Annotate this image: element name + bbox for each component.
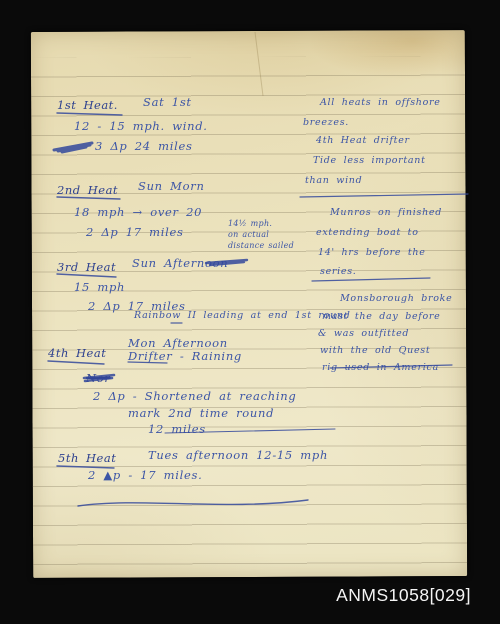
heat-2-sidenote-line2: on actual [228,230,294,241]
heat-2-title: 2nd Heat [57,184,118,197]
margin-note-3-line4: with the old Quest [320,346,430,356]
heat-2-date: Sun Morn [138,180,205,193]
heat-2-wind: 18 mph → over 20 [74,206,202,219]
heat-3-note: Rainbow II leading at end 1st round [134,311,351,321]
heat-4-result-line2: mark 2nd time round [128,407,274,420]
archive-label: ANMS1058[029] [336,585,471,606]
heat-2-sidenote-line3: distance sailed [228,241,294,252]
margin-note-2-line4: series. [320,267,357,277]
heat-1-title: 1st Heat. [57,99,118,112]
heat-5-title: 5th Heat [58,452,116,465]
margin-note-3-line1: Monsborough broke [340,294,452,304]
heat-3-wind: 15 mph [74,281,125,294]
heat-5-date: Tues afternoon 12-15 mph [148,449,328,462]
margin-note-1-line5: than wind [305,176,362,186]
heat-1-date: Sat 1st [143,96,192,109]
heat-4-date-line2: Drifter - Raining [128,350,242,363]
heat-1-wind: 12 - 15 mph. wind. [74,120,208,133]
heat-2-result: 2 Δp 17 miles [86,226,184,239]
margin-note-3-line2: mast the day before [322,312,441,322]
margin-note-1-line4: Tide less important [313,156,426,166]
margin-note-2-line3: 14' hrs before the [318,248,426,258]
photograph-frame: 1st Heat. Sat 1st 12 - 15 mph. wind. 3 Δ… [0,0,500,624]
heat-2-sidenote: 14½ mph. on actual distance sailed [228,219,294,251]
margin-note-2-line1: Munros on finished [330,208,442,218]
margin-note-1-line2: breezes. [303,118,349,128]
margin-note-1-line1: All heats in offshore [320,98,441,108]
heat-4-crossed-out: Nor [86,372,111,385]
heat-2-sidenote-line1: 14½ mph. [228,219,294,230]
margin-note-3-line3: & was outfitted [318,329,409,339]
margin-note-3-line5: rig used in America [322,363,439,373]
heat-4-result-line3: 12 miles [148,423,206,436]
heat-4-result-line1: 2 Δp - Shortened at reaching [93,390,296,403]
heat-4-title: 4th Heat [48,347,106,360]
heat-4-date-line1: Mon Afternoon [128,337,228,350]
margin-note-2-line2: extending boat to [316,228,419,238]
heat-3-date: Sun Afternoon [132,257,228,270]
heat-5-result: 2 ▲p - 17 miles. [88,469,203,482]
heat-3-title: 3rd Heat [57,261,116,274]
heat-1-result: 3 Δp 24 miles [95,140,193,153]
margin-note-1-line3: 4th Heat drifter [316,136,410,146]
